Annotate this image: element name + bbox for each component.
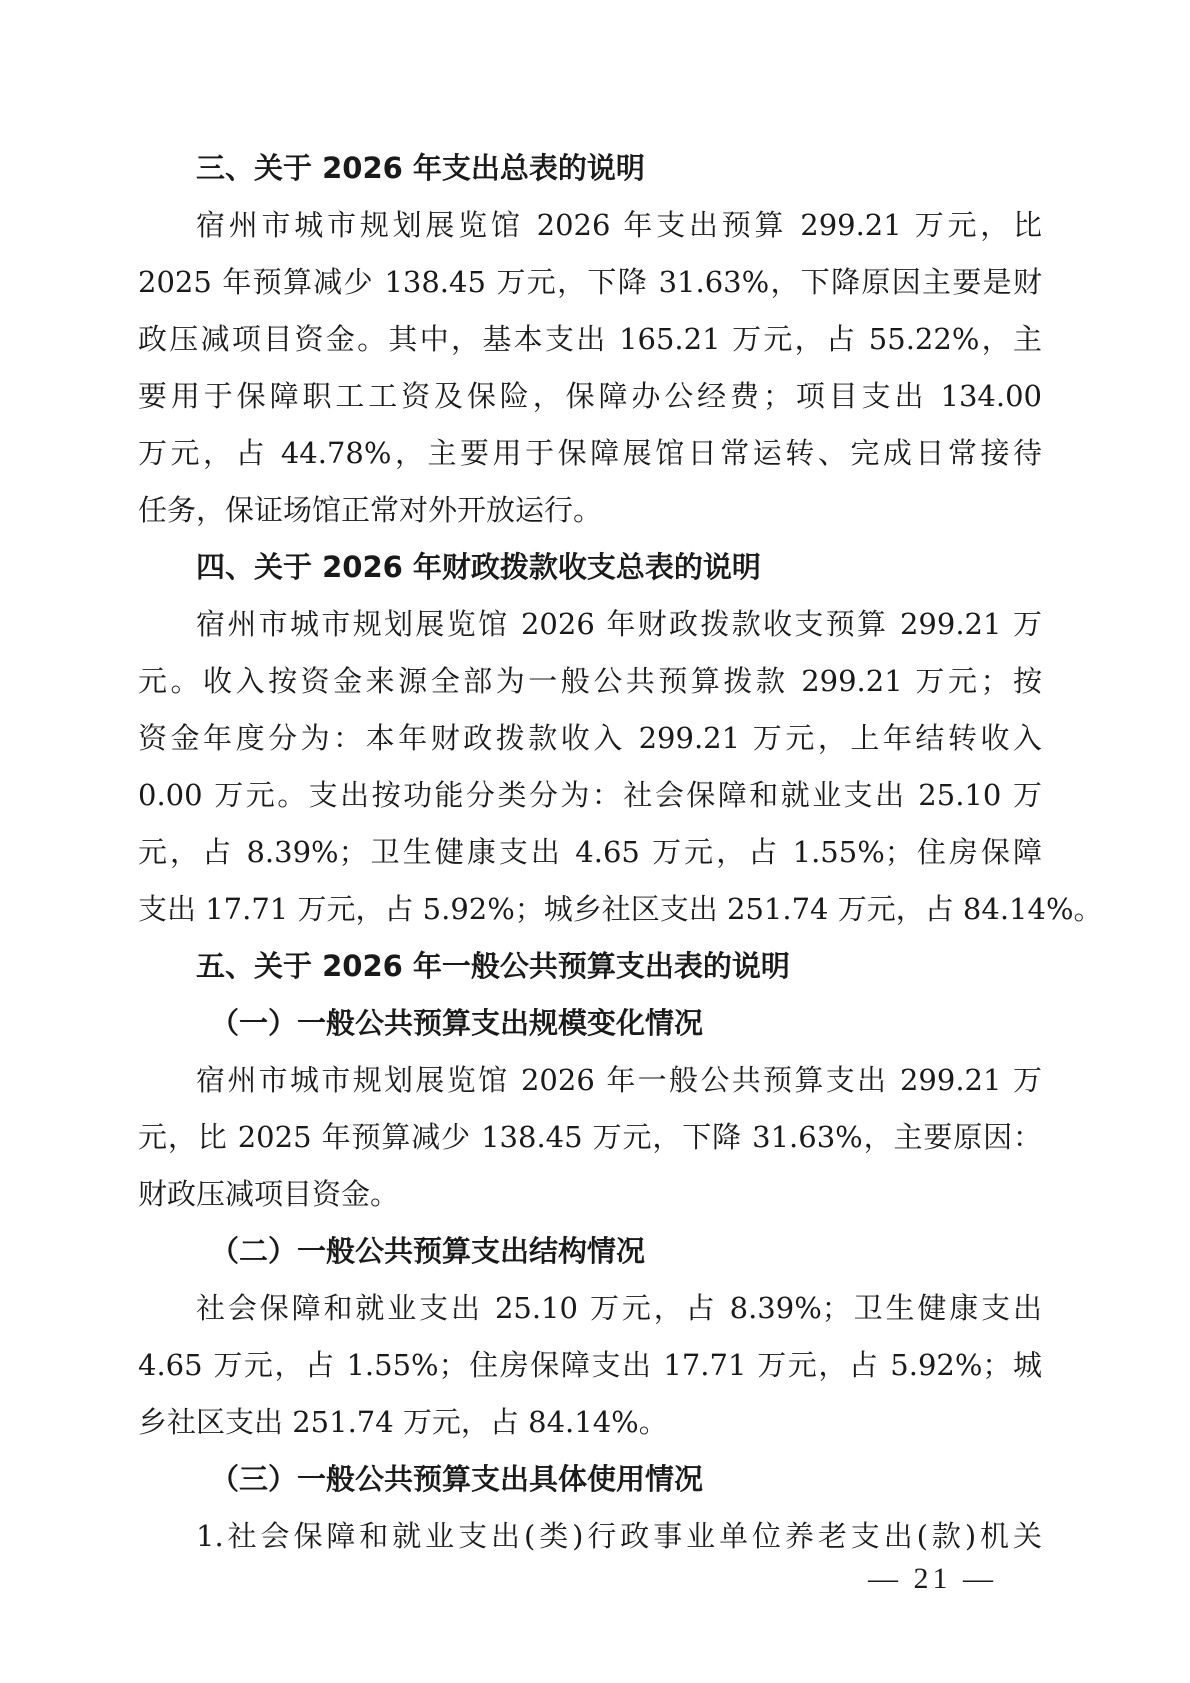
paragraph-line: 要用于保障职工工资及保险，保障办公经费；项目支出 134.00 <box>138 368 1042 425</box>
paragraph-line: 元，占 8.39%；卫生健康支出 4.65 万元，占 1.55%；住房保障 <box>138 824 1042 881</box>
paragraph-line: 宿州市城市规划展览馆 2026 年财政拨款收支预算 299.21 万 <box>138 596 1042 653</box>
paragraph-line: 社会保障和就业支出 25.10 万元，占 8.39%；卫生健康支出 <box>138 1280 1042 1337</box>
page-number: — 21 — <box>868 1562 997 1596</box>
paragraph-line: 政压减项目资金。其中，基本支出 165.21 万元，占 55.22%，主 <box>138 311 1042 368</box>
document-page: 三、关于 2026 年支出总表的说明 宿州市城市规划展览馆 2026 年支出预算… <box>138 140 1042 1565</box>
section-heading-5: 五、关于 2026 年一般公共预算支出表的说明 <box>138 938 1042 995</box>
paragraph-line: 宿州市城市规划展览馆 2026 年一般公共预算支出 299.21 万 <box>138 1052 1042 1109</box>
paragraph-line: 财政压减项目资金。 <box>138 1166 1042 1223</box>
paragraph-line: 元，比 2025 年预算减少 138.45 万元，下降 31.63%，主要原因： <box>138 1109 1042 1166</box>
paragraph-line: 支出 17.71 万元，占 5.92%；城乡社区支出 251.74 万元，占 8… <box>138 881 1042 938</box>
paragraph-line: 元。收入按资金来源全部为一般公共预算拨款 299.21 万元；按 <box>138 653 1042 710</box>
subsection-heading-2: （二）一般公共预算支出结构情况 <box>138 1223 1042 1280</box>
subsection-heading-1: （一）一般公共预算支出规模变化情况 <box>138 995 1042 1052</box>
section-heading-4: 四、关于 2026 年财政拨款收支总表的说明 <box>138 539 1042 596</box>
paragraph-line: 资金年度分为：本年财政拨款收入 299.21 万元，上年结转收入 <box>138 710 1042 767</box>
paragraph-line: 万元，占 44.78%，主要用于保障展馆日常运转、完成日常接待 <box>138 425 1042 482</box>
paragraph-line: 4.65 万元，占 1.55%；住房保障支出 17.71 万元，占 5.92%；… <box>138 1337 1042 1394</box>
paragraph-line: 2025 年预算减少 138.45 万元，下降 31.63%，下降原因主要是财 <box>138 254 1042 311</box>
paragraph-line: 0.00 万元。支出按功能分类分为：社会保障和就业支出 25.10 万 <box>138 767 1042 824</box>
paragraph-line: 乡社区支出 251.74 万元，占 84.14%。 <box>138 1394 1042 1451</box>
section-heading-3: 三、关于 2026 年支出总表的说明 <box>138 140 1042 197</box>
paragraph-line: 任务，保证场馆正常对外开放运行。 <box>138 482 1042 539</box>
paragraph-line: 宿州市城市规划展览馆 2026 年支出预算 299.21 万元，比 <box>138 197 1042 254</box>
paragraph-line: 1.社会保障和就业支出(类)行政事业单位养老支出(款)机关 <box>138 1508 1042 1565</box>
subsection-heading-3: （三）一般公共预算支出具体使用情况 <box>138 1451 1042 1508</box>
